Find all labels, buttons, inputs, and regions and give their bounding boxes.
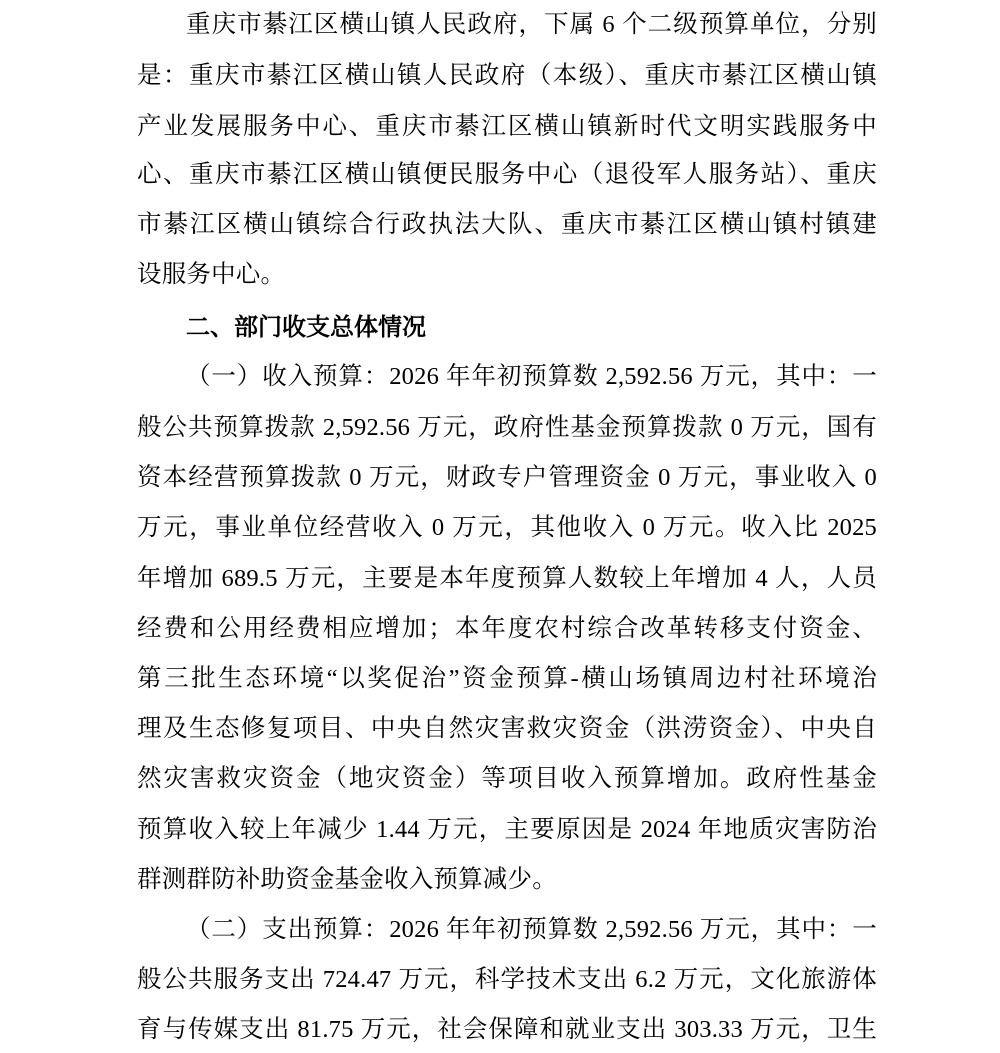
text-line: 资本经营预算拨款 0 万元，财政专户管理资金 0 万元，事业收入 0 (137, 458, 877, 498)
text-line: 群测群防补助资金基金收入预算减少。 (137, 860, 877, 900)
text-line: 产业发展服务中心、重庆市綦江区横山镇新时代文明实践服务中 (137, 107, 877, 147)
text-line: 育与传媒支出 81.75 万元，社会保障和就业支出 303.33 万元，卫生 (137, 1010, 877, 1050)
text-line: 第三批生态环境“以奖促治”资金预算-横山场镇周边村社环境治 (137, 659, 877, 699)
text-line: 理及生态修复项目、中央自然灾害救灾资金（洪涝资金）、中央自 (137, 709, 877, 749)
text-line: 市綦江区横山镇综合行政执法大队、重庆市綦江区横山镇村镇建 (137, 205, 877, 245)
section-heading: 二、部门收支总体情况 (186, 307, 426, 347)
text-line: 是：重庆市綦江区横山镇人民政府（本级）、重庆市綦江区横山镇 (137, 56, 877, 96)
text-line: （一）收入预算：2026 年年初预算数 2,592.56 万元，其中：一 (186, 357, 877, 397)
text-line: 般公共预算拨款 2,592.56 万元，政府性基金预算拨款 0 万元，国有 (137, 408, 877, 448)
text-line: 年增加 689.5 万元，主要是本年度预算人数较上年增加 4 人，人员 (137, 559, 877, 599)
document-page: 重庆市綦江区横山镇人民政府，下属 6 个二级预算单位，分别 是：重庆市綦江区横山… (0, 0, 1000, 1053)
text-line: 设服务中心。 (137, 255, 877, 295)
text-line: 经费和公用经费相应增加；本年度农村综合改革转移支付资金、 (137, 609, 877, 649)
text-line: 预算收入较上年减少 1.44 万元，主要原因是 2024 年地质灾害防治 (137, 810, 877, 850)
text-line: 般公共服务支出 724.47 万元，科学技术支出 6.2 万元，文化旅游体 (137, 960, 877, 1000)
text-line: 万元，事业单位经营收入 0 万元，其他收入 0 万元。收入比 2025 (137, 508, 877, 548)
text-line: 然灾害救灾资金（地灾资金）等项目收入预算增加。政府性基金 (137, 759, 877, 799)
text-line: 重庆市綦江区横山镇人民政府，下属 6 个二级预算单位，分别 (186, 5, 877, 45)
text-line: （二）支出预算：2026 年年初预算数 2,592.56 万元，其中：一 (186, 910, 877, 950)
text-line: 心、重庆市綦江区横山镇便民服务中心（退役军人服务站）、重庆 (137, 155, 877, 195)
